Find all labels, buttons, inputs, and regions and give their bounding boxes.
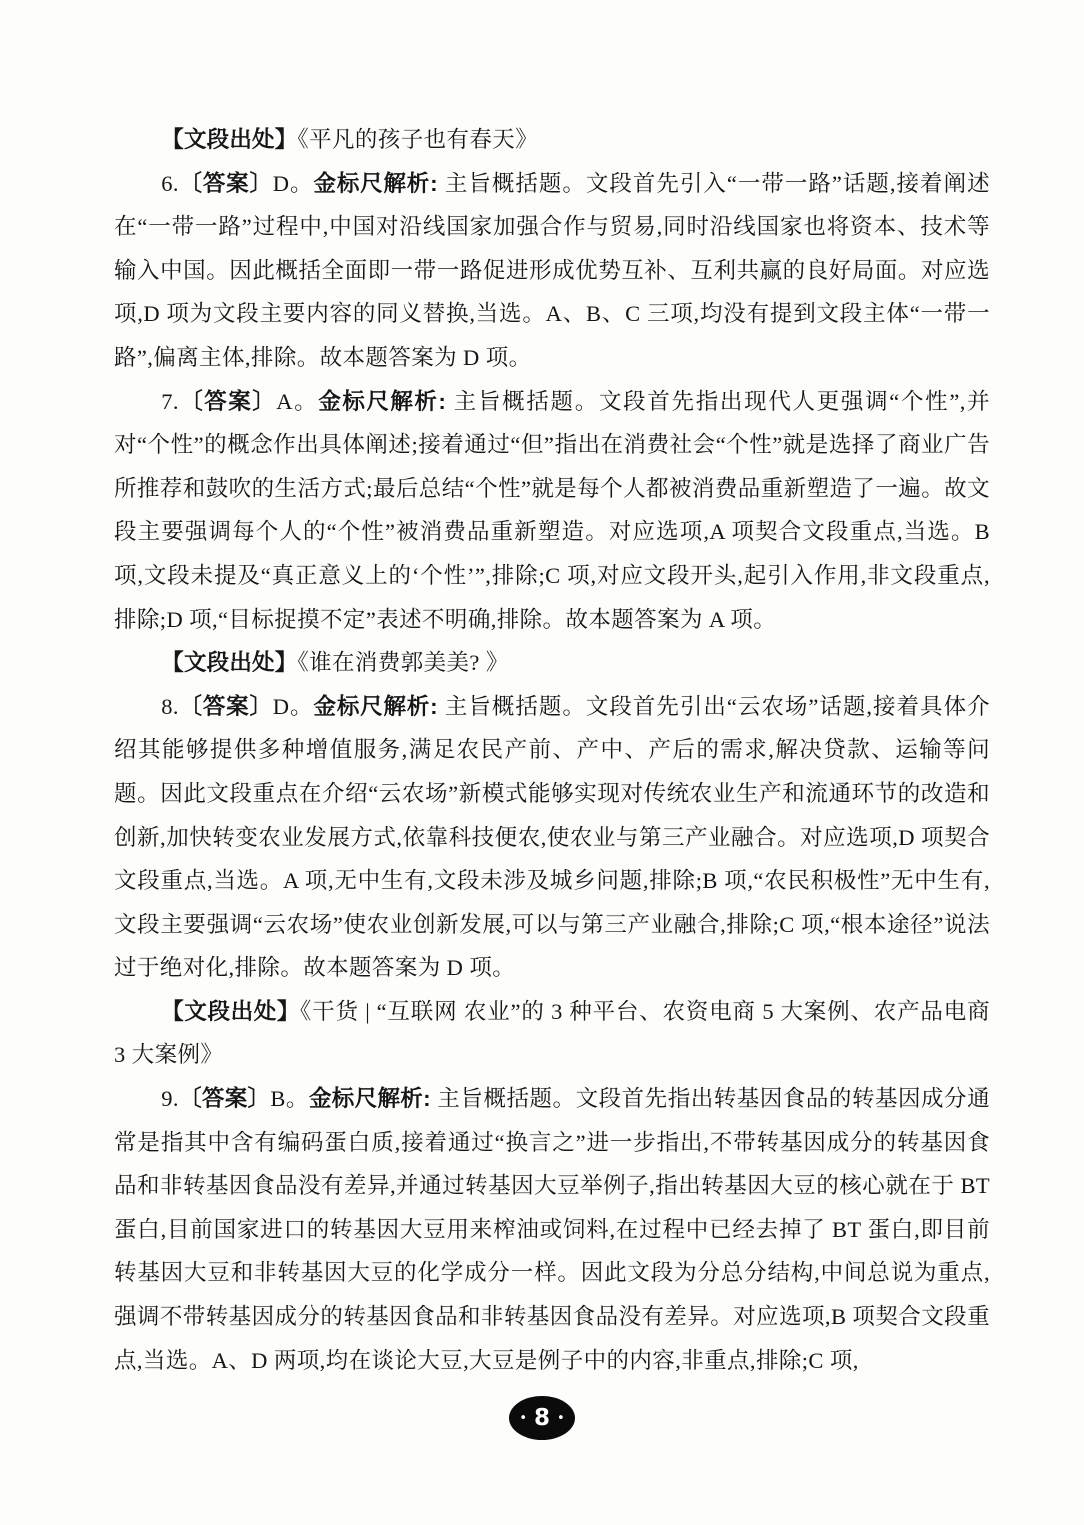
item-number: 9.: [161, 1086, 179, 1111]
answer-item-6: 6.〔答案〕D。金标尺解析: 主旨概括题。文段首先引入“一带一路”话题,接着阐述…: [114, 162, 990, 380]
explanation-text: 主旨概括题。文段首先引入“一带一路”话题,接着阐述在“一带一路”过程中,中国对沿…: [114, 171, 990, 370]
source-line: 【文段出处】《平凡的孩子也有春天》: [114, 118, 990, 162]
explanation-text: 主旨概括题。文段首先指出现代人更强调“个性”,并对“个性”的概念作出具体阐述;接…: [114, 389, 990, 632]
source-label: 【文段出处】: [161, 650, 297, 675]
page-number: 8: [534, 1407, 550, 1430]
source-line: 【文段出处】《干货 | “互联网 农业”的 3 种平台、农资电商 5 大案例、农…: [114, 990, 990, 1077]
answer-choice: A。: [276, 389, 318, 414]
answer-item-9: 9.〔答案〕B。金标尺解析: 主旨概括题。文段首先指出转基因食品的转基因成分通常…: [114, 1077, 990, 1382]
source-title: 《谁在消费郭美美? 》: [297, 650, 508, 675]
brand-label: 金标尺解析:: [314, 171, 445, 196]
answer-explanations: 【文段出处】《平凡的孩子也有春天》 6.〔答案〕D。金标尺解析: 主旨概括题。文…: [114, 118, 990, 1382]
answer-item-7: 7.〔答案〕A。金标尺解析: 主旨概括题。文段首先指出现代人更强调“个性”,并对…: [114, 380, 990, 642]
source-line: 【文段出处】《谁在消费郭美美? 》: [114, 641, 990, 685]
answer-label: 〔答案〕: [179, 1086, 270, 1111]
answer-choice: D。: [273, 171, 314, 196]
answer-item-8: 8.〔答案〕D。金标尺解析: 主旨概括题。文段首先引出“云农场”话题,接着具体介…: [114, 685, 990, 990]
badge-dot-right: •: [557, 1412, 565, 1425]
item-number: 7.: [161, 389, 179, 414]
source-label: 【文段出处】: [161, 999, 300, 1024]
answer-choice: B。: [270, 1086, 309, 1111]
brand-label: 金标尺解析:: [314, 694, 445, 719]
explanation-text: 主旨概括题。文段首先引出“云农场”话题,接着具体介绍其能够提供多种增值服务,满足…: [114, 694, 990, 981]
item-number: 6.: [161, 171, 179, 196]
document-page: 【文段出处】《平凡的孩子也有春天》 6.〔答案〕D。金标尺解析: 主旨概括题。文…: [0, 0, 1084, 1525]
answer-label: 〔答案〕: [179, 389, 276, 414]
source-title: 《平凡的孩子也有春天》: [297, 127, 538, 152]
explanation-text: 主旨概括题。文段首先指出转基因食品的转基因成分通常是指其中含有编码蛋白质,接着通…: [114, 1086, 990, 1373]
brand-label: 金标尺解析:: [318, 389, 453, 414]
answer-label: 〔答案〕: [179, 171, 273, 196]
brand-label: 金标尺解析:: [309, 1086, 437, 1111]
badge-dot-left: •: [519, 1412, 527, 1425]
item-number: 8.: [161, 694, 179, 719]
answer-choice: D。: [273, 694, 314, 719]
page-number-badge: • 8 •: [509, 1396, 575, 1440]
answer-label: 〔答案〕: [179, 694, 273, 719]
source-label: 【文段出处】: [161, 127, 297, 152]
